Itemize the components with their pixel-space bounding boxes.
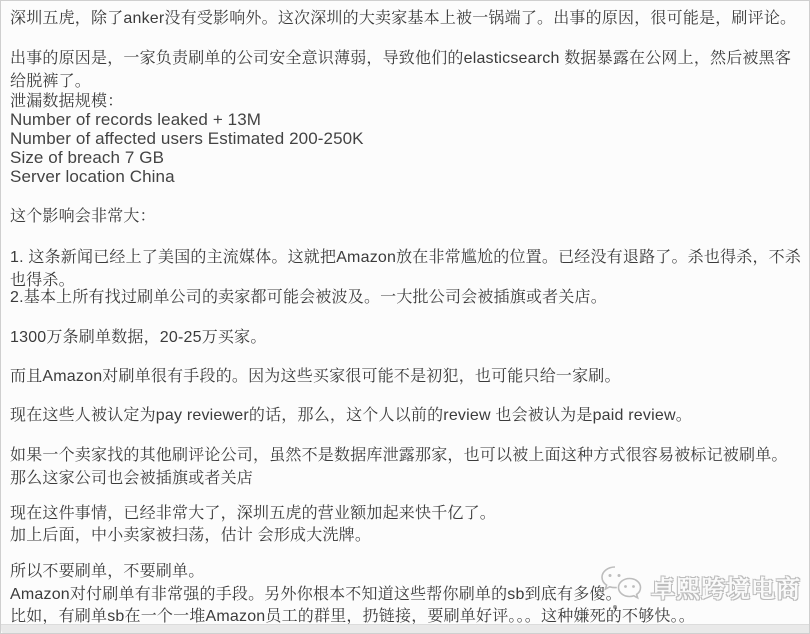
paragraph-data-volume: 1300万条刷单数据，20-25万买家。: [10, 326, 803, 349]
paragraph-other-agencies: 如果一个卖家找的其他刷评论公司，虽然不是数据库泄露那家，也可以被上面这种方式很容…: [10, 444, 803, 490]
paragraph-intro: 深圳五虎，除了anker没有受影响外。这次深圳的大卖家基本上被一锅端了。出事的原…: [10, 7, 803, 30]
paragraph-amazon-strong: Amazon对付刷单有非常强的手段。另外你根本不知道这些帮你刷单的sb到底有多傻…: [10, 583, 803, 606]
stat-server-location: Server location China: [10, 165, 803, 188]
impact-heading: 这个影响会非常大：: [10, 205, 803, 228]
bottom-edge-strip: [1, 624, 809, 634]
article-screenshot: 深圳五虎，除了anker没有受影响外。这次深圳的大卖家基本上被一锅端了。出事的原…: [0, 0, 810, 634]
paragraph-warning: 所以不要刷单，不要刷单。: [10, 560, 803, 583]
paragraph-reshuffle: 加上后面，中小卖家被扫荡，估计 会形成大洗牌。: [10, 524, 803, 547]
paragraph-cause: 出事的原因是，一家负责刷单的公司安全意识薄弱，导致他们的elasticsearc…: [10, 47, 803, 93]
paragraph-paid-reviewer: 现在这些人被认定为pay reviewer的话，那么，这个人以前的review …: [10, 404, 803, 427]
paragraph-amazon-methods: 而且Amazon对刷单很有手段的。因为这些买家很可能不是初犯，也可能只给一家刷。: [10, 365, 803, 388]
paragraph-scale: 现在这件事情，已经非常大了，深圳五虎的营业额加起来快千亿了。: [10, 502, 803, 525]
impact-point-2: 2.基本上所有找过刷单公司的卖家都可能会被波及。一大批公司会被插旗或者关店。: [10, 286, 803, 309]
